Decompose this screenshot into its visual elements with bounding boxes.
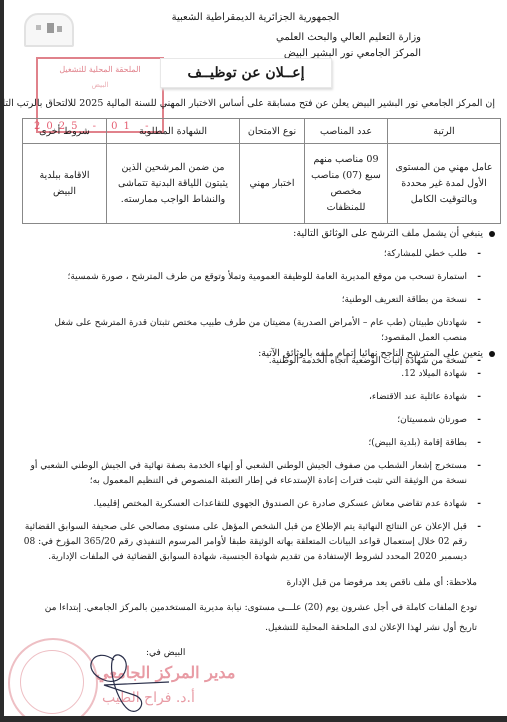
cell-other-conditions: الاقامة ببلدية البيض — [23, 144, 107, 224]
handwritten-signature-icon — [74, 640, 174, 716]
note-text: ملاحظة: أي ملف ناقص يعد مرفوضا من قبل ال… — [286, 578, 477, 588]
header-rank: الرتبة — [388, 119, 501, 144]
announcement-page: الجمهورية الجزائرية الديمقراطية الشعبية … — [4, 0, 507, 716]
stamp-line2: البيض — [38, 81, 162, 89]
stamp-date: 2025 - 01 - — [34, 121, 154, 132]
list-item: استمارة تسحب من موقع المديرية العامة للو… — [35, 270, 481, 285]
cell-rank: عامل مهني من المستوى الأول لمدة غير محدد… — [388, 144, 501, 224]
deposit-instructions: تودع الملفات كاملة في أجل عشرون يوم (20)… — [32, 598, 477, 638]
list-item: طلب خطي للمشاركة؛ — [35, 247, 481, 262]
list-item: قبل الإعلان عن النتائج النهائية يتم الإط… — [10, 520, 481, 565]
table-row: عامل مهني من المستوى الأول لمدة غير محدد… — [23, 144, 501, 224]
list-item: شهادة عدم تقاضي معاش عسكري صادرة عن الصن… — [10, 497, 481, 512]
header-positions: عدد المناصب — [305, 119, 388, 144]
positions-table: الرتبة عدد المناصب نوع الامتحان الشهادة … — [22, 118, 501, 224]
bullet-icon — [489, 351, 495, 357]
list-item: شهادة عائلية عند الاقتضاء، — [10, 390, 481, 405]
documents-heading: ينبغي أن يشمل ملف الترشح على الوثائق الت… — [35, 228, 495, 239]
cell-certificate: من ضمن المرشحين الذين يثبتون اللياقة الب… — [107, 144, 240, 224]
page-title: إعــلان عن توظيــف — [160, 58, 332, 88]
final-documents-heading: يتعين على المترشح الناجح نهائيا إتمام مل… — [10, 348, 495, 359]
cell-positions: 09 مناصب منهم سبع (07) مناصب مخصص للمنظف… — [305, 144, 388, 224]
intro-paragraph: إن المركز الجامعي نور البشير البيض يعلن … — [4, 98, 495, 109]
list-item: نسخة من بطاقة التعريف الوطنية؛ — [35, 293, 481, 308]
ministry-name: وزارة التعليم العالي والبحث العلمي — [276, 30, 421, 46]
stamp-line1: الملحقة المحلية للتشغيل — [38, 65, 162, 74]
final-documents-list: شهادة الميلاد 12. شهادة عائلية عند الاقت… — [10, 367, 495, 565]
cell-exam-type: اختبار مهني — [240, 144, 305, 224]
list-item: مستخرج إشعار الشطب من صفوف الجيش الوطني … — [10, 459, 481, 489]
list-item: شهادة الميلاد 12. — [10, 367, 481, 382]
list-item: بطاقة إقامة (بلدية البيض)؛ — [10, 436, 481, 451]
list-item: شهادتان طبيتان (طب عام – الأمراض الصدرية… — [35, 316, 481, 346]
republic-header: الجمهورية الجزائرية الديمقراطية الشعبية — [4, 12, 507, 23]
header-exam-type: نوع الامتحان — [240, 119, 305, 144]
final-documents-section: يتعين على المترشح الناجح نهائيا إتمام مل… — [10, 348, 495, 565]
bullet-icon — [489, 231, 495, 237]
list-item: صورتان شمسيتان؛ — [10, 413, 481, 428]
